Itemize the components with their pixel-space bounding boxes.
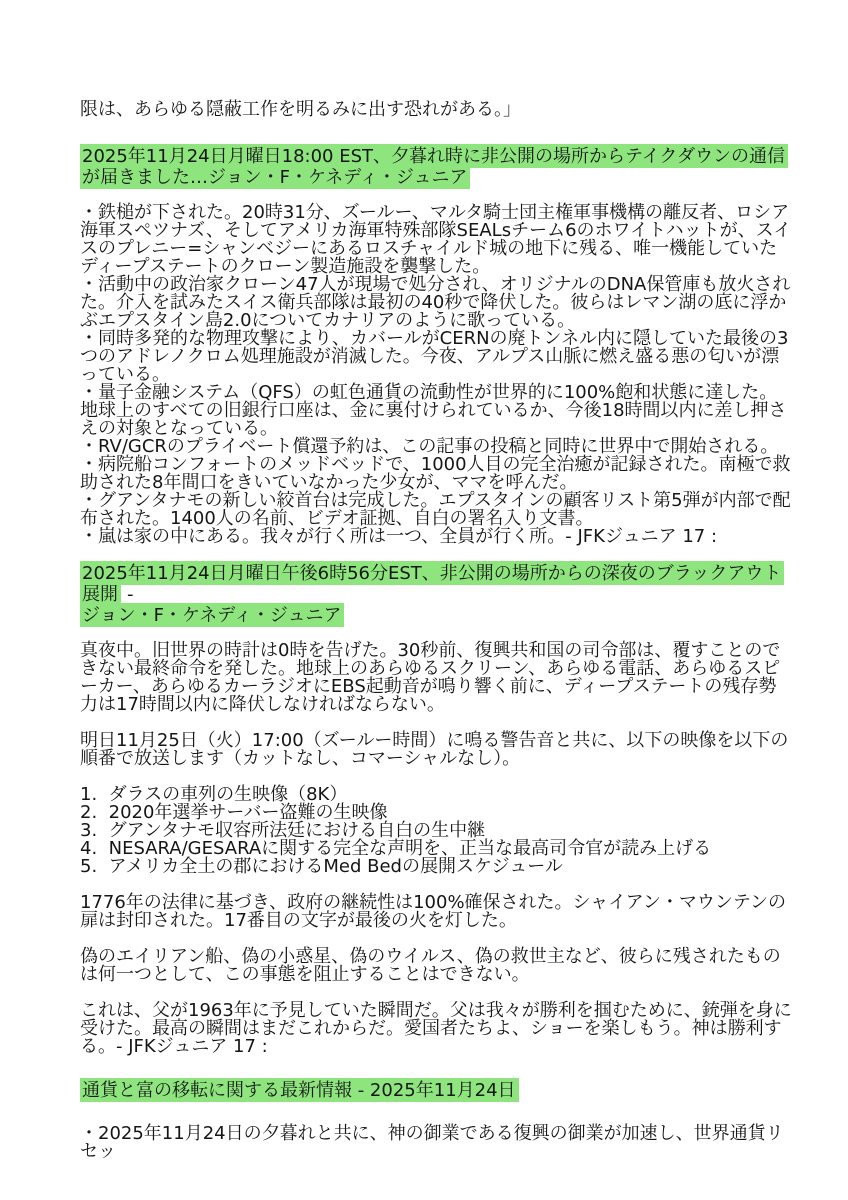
highlighted-heading-text: 2025年11月24日月曜日午後6時56分EST、非公開の場所からの深夜のブラッ… bbox=[80, 561, 784, 606]
highlighted-heading-text: 2025年11月24日月曜日18:00 EST、夕暮れ時に非公開の場所からテイク… bbox=[80, 144, 788, 189]
paragraph: 偽のエイリアン船、偽の小惑星、偽のウイルス、偽の救世主など、彼らに残されたものは… bbox=[80, 948, 792, 984]
takedown-bullet-list: ・鉄槌が下された。20時31分、ズールー、マルタ騎士団主権軍事機構の離反者、ロシ… bbox=[80, 204, 792, 546]
section-takedown-heading: 2025年11月24日月曜日18:00 EST、夕暮れ時に非公開の場所からテイク… bbox=[80, 146, 792, 188]
bullet-item: ・グアンタナモの新しい絞首台は完成した。エプスタインの顧客リスト第5弾が内部で配… bbox=[80, 492, 792, 528]
bullet-item: ・鉄槌が下された。20時31分、ズールー、マルタ騎士団主権軍事機構の離反者、ロシ… bbox=[80, 204, 792, 276]
heading-separator: - bbox=[127, 584, 134, 605]
document-page: 限は、あらゆる隠蔽工作を明るみに出す恐れがある。」 2025年11月24日月曜日… bbox=[80, 101, 792, 1179]
bullet-item: ・量子金融システム（QFS）の虹色通貨の流動性が世界的に100%飽和状態に達した… bbox=[80, 384, 792, 438]
intro-line: 限は、あらゆる隠蔽工作を明るみに出す恐れがある。」 bbox=[80, 101, 792, 119]
broadcast-list: 1. ダラスの車列の生映像（8K） 2. 2020年選挙サーバー盗難の生映像 3… bbox=[80, 786, 792, 876]
bullet-item: ・活動中の政治家クローン47人が現場で処分され、オリジナルのDNA保管庫も放火さ… bbox=[80, 276, 792, 330]
bullet-item: ・嵐は家の中にある。我々が行く所は一つ、全員が行く所。- JFKジュニア 17 … bbox=[80, 528, 792, 546]
paragraph: 真夜中。旧世界の時計は0時を告げた。30秒前、復興共和国の司令部は、覆すことので… bbox=[80, 642, 792, 714]
section-currency-heading: 通貨と富の移転に関する最新情報 - 2025年11月24日 bbox=[80, 1080, 792, 1101]
paragraph: これは、父が1963年に予見していた瞬間だ。父は我々が勝利を掴むために、銃弾を身… bbox=[80, 1002, 792, 1056]
paragraph: 明日11月25日（火）17:00（ズールー時間）に鳴る警告音と共に、以下の映像を… bbox=[80, 732, 792, 768]
bullet-item: ・2025年11月24日の夕暮れと共に、神の御業である復興の御業が加速し、世界通… bbox=[80, 1125, 792, 1161]
broadcast-list-item: 5. アメリカ全土の郡におけるMed Bedの展開スケジュール bbox=[80, 858, 792, 876]
highlighted-heading-author: ジョン・F・ケネディ・ジュニア bbox=[80, 603, 344, 627]
highlighted-heading-text: 通貨と富の移転に関する最新情報 - 2025年11月24日 bbox=[80, 1078, 519, 1102]
bullet-item: ・病院船コンフォートのメッドベッドで、1000人目の完全治癒が記録された。南極で… bbox=[80, 456, 792, 492]
bullet-item: ・同時多発的な物理攻撃により、カバールがCERNの廃トンネル内に隠していた最後の… bbox=[80, 330, 792, 384]
section-blackout-heading: 2025年11月24日月曜日午後6時56分EST、非公開の場所からの深夜のブラッ… bbox=[80, 563, 792, 626]
paragraph: 1776年の法律に基づき、政府の継続性は100%確保された。シャイアン・マウンテ… bbox=[80, 894, 792, 930]
